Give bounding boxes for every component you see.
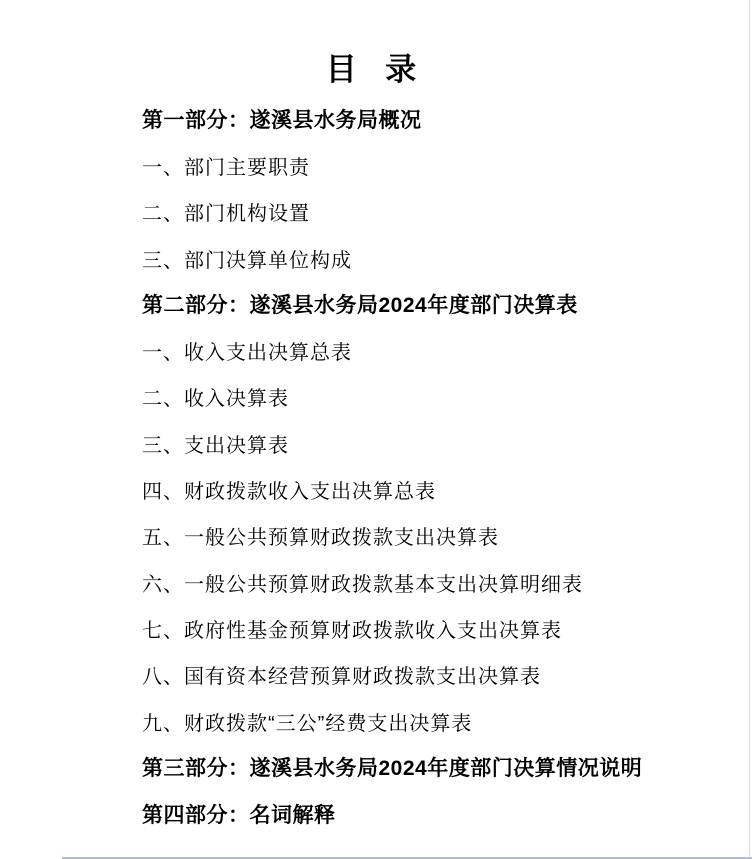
page-right-edge-line <box>749 0 750 859</box>
document-page: 目 录 第一部分：遂溪县水务局概况 一、部门主要职责 二、部门机构设置 三、部门… <box>0 0 752 859</box>
toc-item-expense-statement: 三、支出决算表 <box>142 420 722 466</box>
toc-item-fiscal-appropriation-summary: 四、财政拨款收入支出决算总表 <box>142 466 722 512</box>
toc-item-dept-units: 三、部门决算单位构成 <box>142 235 722 281</box>
table-of-contents: 第一部分：遂溪县水务局概况 一、部门主要职责 二、部门机构设置 三、部门决算单位… <box>142 96 722 837</box>
toc-item-dept-structure: 二、部门机构设置 <box>142 189 722 235</box>
toc-item-three-public-expenses: 九、财政拨款“三公”经费支出决算表 <box>142 698 722 744</box>
page-title: 目 录 <box>0 44 752 89</box>
toc-item-general-budget-expense: 五、一般公共预算财政拨款支出决算表 <box>142 513 722 559</box>
toc-item-income-expense-summary: 一、收入支出决算总表 <box>142 327 722 373</box>
toc-item-gov-fund-budget: 七、政府性基金预算财政拨款收入支出决算表 <box>142 605 722 651</box>
toc-section-heading-part1: 第一部分：遂溪县水务局概况 <box>142 96 722 142</box>
toc-section-heading-part3: 第三部分：遂溪县水务局2024年度部门决算情况说明 <box>142 744 722 790</box>
toc-section-heading-part2: 第二部分：遂溪县水务局2024年度部门决算表 <box>142 281 722 327</box>
toc-item-state-capital-budget: 八、国有资本经营预算财政拨款支出决算表 <box>142 652 722 698</box>
toc-item-income-statement: 二、收入决算表 <box>142 374 722 420</box>
toc-section-heading-part4: 第四部分：名词解释 <box>142 790 722 836</box>
toc-item-general-budget-basic-expense-detail: 六、一般公共预算财政拨款基本支出决算明细表 <box>142 559 722 605</box>
toc-item-dept-duties: 一、部门主要职责 <box>142 142 722 188</box>
